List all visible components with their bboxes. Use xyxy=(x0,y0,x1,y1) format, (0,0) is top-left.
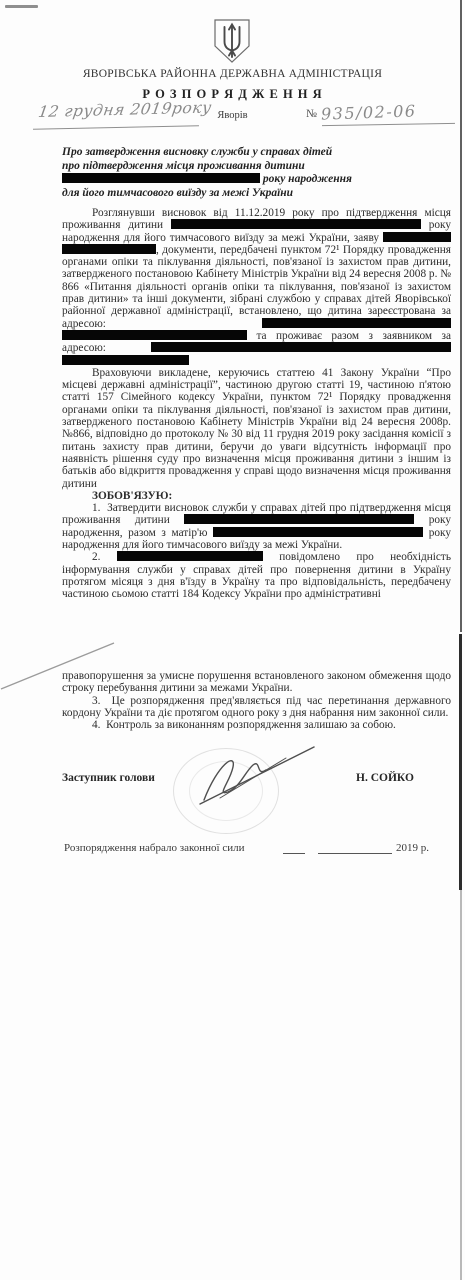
scanned-document-page: ЯВОРІВСЬКА РАЙОННА ДЕРЖАВНА АДМІНІСТРАЦІ… xyxy=(0,0,465,1280)
scan-edge-line xyxy=(460,890,462,1280)
redaction-bar xyxy=(62,355,189,365)
text-run: правопорушення за умисне порушення встан… xyxy=(62,670,451,694)
redaction-bar xyxy=(151,342,451,352)
item-2-part-2: правопорушення за умисне порушення встан… xyxy=(62,670,451,695)
subject-line: для його тимчасового виїзду за межі Укра… xyxy=(62,187,454,201)
redaction-bar xyxy=(171,219,421,229)
body-text-page-2: правопорушення за умисне порушення встан… xyxy=(62,670,451,731)
document-number: № 935/02-06 xyxy=(306,103,417,122)
item-3: 3. Це розпорядження пред'являється під ч… xyxy=(62,695,451,720)
number-sign: № xyxy=(306,108,317,120)
legal-force-text: Розпорядження набрало законної сили xyxy=(64,842,244,854)
redaction-bar xyxy=(62,173,260,183)
date-underline xyxy=(33,125,199,130)
signer-name: Н. СОЙКО xyxy=(356,772,414,784)
text-run: ЗОБОВ'ЯЗУЮ: xyxy=(92,490,172,502)
paragraph-legal-basis: Враховуючи викладене, керуючись статтею … xyxy=(62,367,451,490)
organization-name: ЯВОРІВСЬКА РАЙОННА ДЕРЖАВНА АДМІНІСТРАЦІ… xyxy=(0,68,465,80)
item-4: 4. Контроль за виконанням розпорядження … xyxy=(62,719,451,731)
text-run: року народження xyxy=(260,173,352,185)
redaction-bar xyxy=(184,514,414,524)
ukraine-trident-emblem-icon xyxy=(211,18,253,64)
document-type-title: Р О З П О Р Я Д Ж Е Н Н Я xyxy=(0,87,465,102)
subject-block: Про затвердження висновку служби у справ… xyxy=(62,146,454,200)
scan-corner-mark xyxy=(5,5,38,8)
redaction-bar xyxy=(262,318,451,328)
redaction-bar xyxy=(62,244,156,254)
body-text-page-1: Розглянувши висновок від 11.12.2019 року… xyxy=(62,207,451,601)
text-run: для його тимчасового виїзду за межі Укра… xyxy=(62,187,293,199)
text-run: Про затвердження висновку служби у справ… xyxy=(62,146,332,158)
year-suffix: 2019 р. xyxy=(396,842,429,854)
handwritten-number: 935/02-06 xyxy=(321,101,417,123)
text-run: 3. Це розпорядження пред'являється під ч… xyxy=(62,695,451,719)
text-run: про підтвердження місця проживання дитин… xyxy=(62,160,305,172)
text-run: Враховуючи викладене, керуючись статтею … xyxy=(62,367,451,490)
redaction-bar xyxy=(117,551,263,561)
scan-edge-line xyxy=(459,634,462,890)
subject-line: про підтвердження місця проживання дитин… xyxy=(62,160,454,174)
redaction-bar xyxy=(383,232,451,242)
subject-line: року народження xyxy=(62,173,454,187)
paragraph-considered: Розглянувши висновок від 11.12.2019 року… xyxy=(62,207,451,367)
redaction-bar xyxy=(213,527,423,537)
text-run: 2. xyxy=(92,551,117,563)
number-underline xyxy=(322,123,455,127)
redaction-bar xyxy=(62,330,247,340)
signer-role: Заступник голови xyxy=(62,772,155,784)
subject-line: Про затвердження висновку служби у справ… xyxy=(62,146,454,160)
text-run: 4. Контроль за виконанням розпорядження … xyxy=(92,719,396,731)
blank-month-line xyxy=(318,853,392,854)
handwritten-signature xyxy=(190,740,322,812)
obligation-heading: ЗОБОВ'ЯЗУЮ: xyxy=(62,490,451,502)
blank-day-line xyxy=(283,853,305,854)
item-1: 1. Затвердити висновок служби у справах … xyxy=(62,502,451,551)
item-2-part-1: 2. повідомлено про необхідність інформув… xyxy=(62,551,451,600)
